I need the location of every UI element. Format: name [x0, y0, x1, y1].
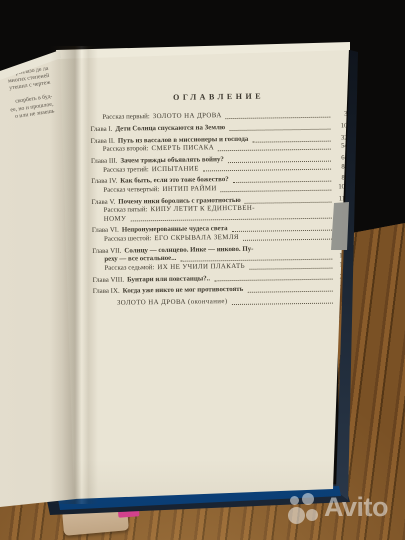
toc-entry-title: Дети Солнца спускаются на Землю	[115, 124, 225, 134]
toc-entry-page: 84	[333, 163, 348, 172]
toc-entry-prefix: Глава IX.	[93, 288, 120, 297]
toc-entry-page: 54	[333, 143, 348, 152]
avito-logo-dot	[306, 509, 318, 521]
dot-leader	[229, 128, 330, 130]
dot-leader	[214, 279, 332, 282]
toc-entry: Глава VIII.Бунтари или повстанцы?..200	[93, 273, 350, 285]
toc-entry-title: ИХ НЕ УЧИЛИ ПЛАКАТЬ	[157, 262, 245, 272]
dot-leader	[221, 189, 332, 192]
dot-leader	[249, 267, 332, 269]
toc-entry-title: ЗОЛОТО НА ДРОВА (окончание)	[117, 298, 228, 308]
toc-heading: ОГЛАВЛЕНИЕ	[90, 90, 347, 103]
toc-entry-prefix: Глава II.	[91, 137, 115, 146]
avito-logo-dot	[302, 493, 314, 505]
dot-leader	[203, 169, 331, 172]
dot-leader	[218, 149, 331, 152]
toc-entry-prefix: Рассказ седьмой:	[104, 264, 154, 273]
toc-entry-prefix: Рассказ первый:	[102, 113, 150, 122]
toc-entries: Рассказ первый:ЗОЛОТО НА ДРОВА3Глава I.Д…	[90, 110, 350, 308]
dot-leader	[226, 117, 331, 119]
dot-leader	[243, 238, 332, 240]
fragment-block: скорбеть в буд-ее, но и прошлое,о или не…	[0, 94, 55, 127]
toc-entry-title: НОМУ	[104, 215, 127, 224]
toc-entry: Рассказ первый:ЗОЛОТО НА ДРОВА3	[90, 110, 347, 122]
avito-logo-dot	[288, 507, 305, 524]
toc-entry: Глава I.Дети Солнца спускаются на Землю1…	[90, 122, 347, 134]
toc-entry-prefix: Рассказ шестой:	[104, 235, 151, 244]
toc-entry: ЗОЛОТО НА ДРОВА (окончание)247	[93, 297, 350, 309]
toc-entry-page: 3	[332, 110, 347, 119]
dot-leader	[130, 218, 331, 222]
toc-entry-prefix: Рассказ третий:	[103, 166, 149, 175]
avito-watermark: Avito	[288, 492, 388, 524]
toc-entry-title: ИСПЫТАНИЕ	[152, 165, 199, 174]
avito-logo-dot	[290, 496, 299, 505]
toc-entry-page: 10	[332, 122, 347, 131]
toc-entry-prefix: Глава I.	[90, 126, 112, 135]
toc-entry-page: 60	[333, 155, 348, 164]
toc-entry-prefix: Глава V.	[91, 198, 115, 207]
toc-entry-prefix: Глава VIII.	[93, 276, 125, 285]
toc-entry-title: ЗОЛОТО НА ДРОВА	[153, 112, 222, 121]
toc-entry-title: КИПУ ЛЕТИТ К ЕДИНСТВЕН-	[150, 205, 255, 215]
toc-entry-title: Бунтари или повстанцы?..	[127, 275, 210, 285]
dot-leader	[232, 303, 333, 305]
book-listing-photo: знают, но не ис-о ли на реаль-Гарсилазо …	[0, 0, 405, 540]
toc-entry-title: СМЕРТЬ ПИСАКА	[151, 144, 214, 153]
toc-entry: Глава IX.Когда уже никто не мог противос…	[93, 285, 350, 297]
toc-entry-prefix: Рассказ второй:	[103, 145, 149, 154]
toc-entry-page: 32	[333, 134, 348, 143]
toc-entry-title: ИНТИП РАЙМИ	[162, 185, 216, 194]
toc-entry-title: Когда уже никто не мог противостоять	[123, 286, 244, 296]
dot-leader	[247, 291, 332, 293]
table-of-contents: ОГЛАВЛЕНИЕ Рассказ первый:ЗОЛОТО НА ДРОВ…	[90, 90, 350, 308]
toc-entry-prefix: Рассказ пятый:	[104, 206, 148, 215]
toc-entry-prefix: Рассказ четвертый:	[103, 186, 159, 195]
avito-logo-icon	[288, 492, 320, 524]
avito-watermark-text: Avito	[324, 492, 388, 522]
toc-entry-title: ЕГО СКРЫВАЛА ЗЕМЛЯ	[154, 234, 239, 244]
toc-entry-title: Солнцу — солнцево. Инке — инково. Пу-	[124, 246, 253, 256]
